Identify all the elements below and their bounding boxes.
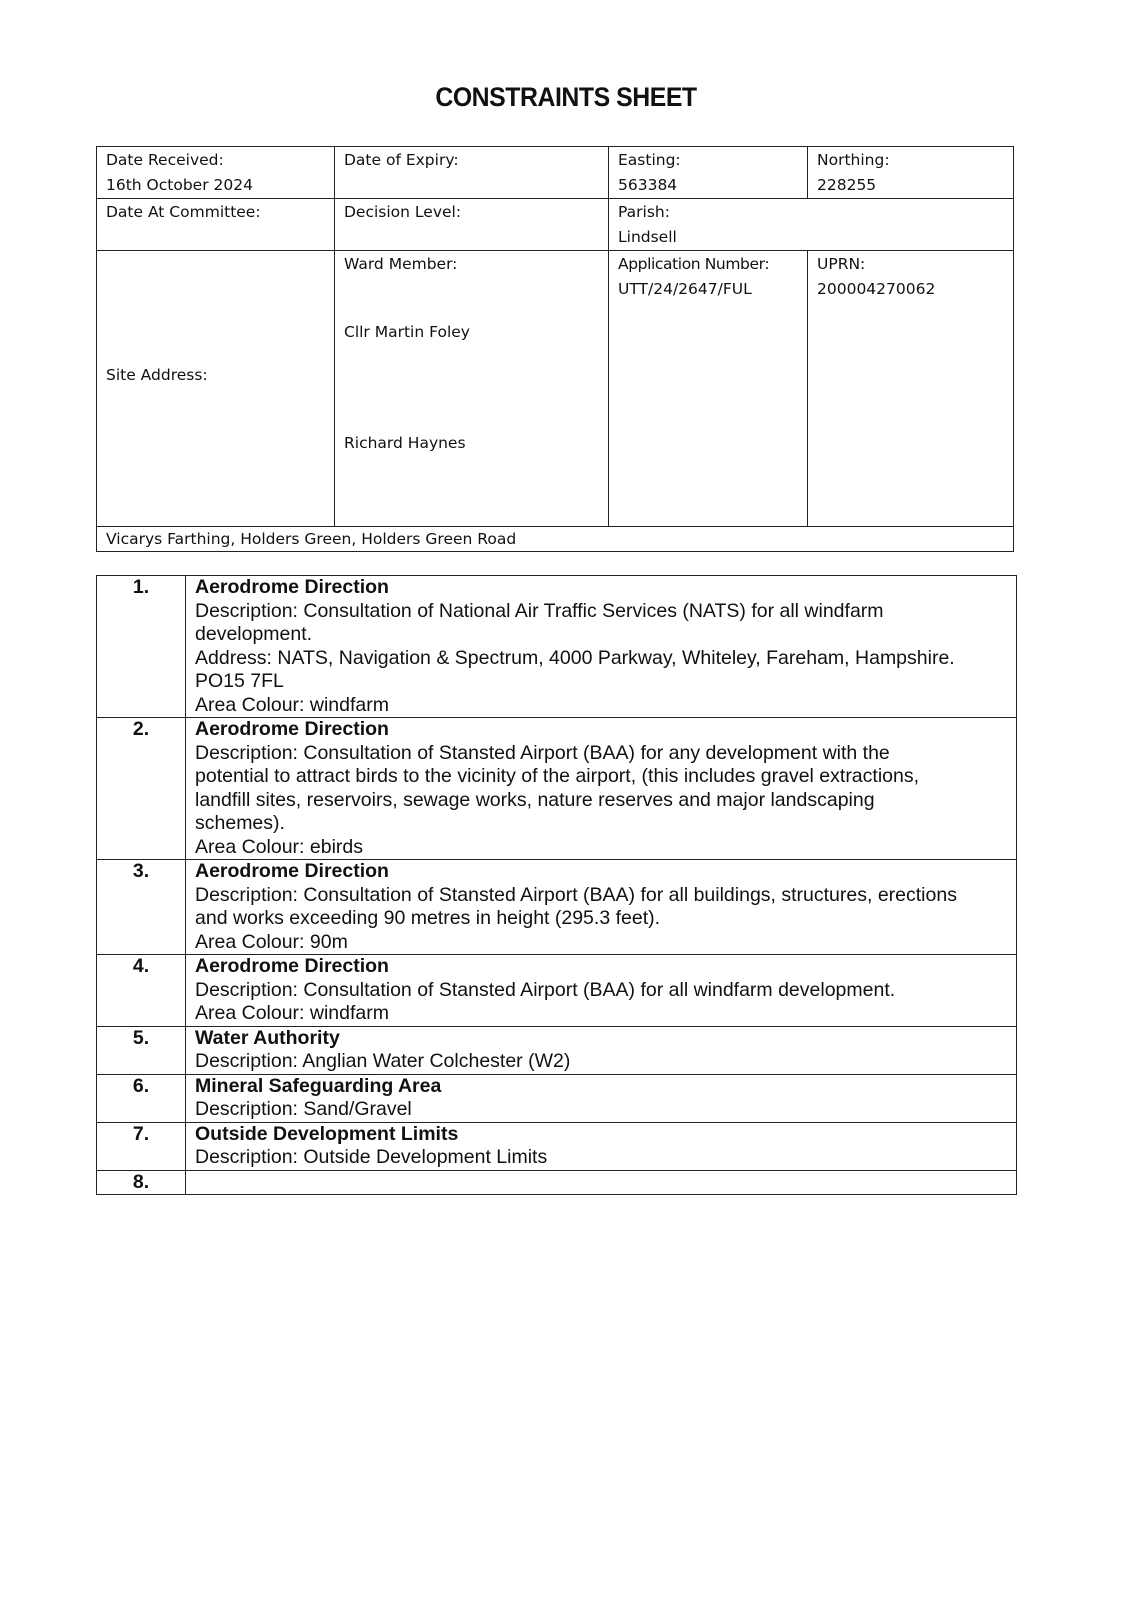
constraint-name: Water Authority — [195, 1027, 1007, 1051]
site-address-label-cell: Site Address: — [97, 251, 335, 527]
constraint-row: 4.Aerodrome DirectionDescription: Consul… — [97, 955, 1017, 1027]
constraint-details: Aerodrome DirectionDescription: Consulta… — [186, 718, 1017, 860]
constraint-detail-line: Description: Sand/Gravel — [195, 1098, 1007, 1122]
constraint-detail-line: development. — [195, 623, 1007, 647]
constraint-details — [186, 1170, 1017, 1195]
site-address-label: Site Address: — [106, 363, 325, 388]
application-number-cell: Application Number: UTT/24/2647/FUL — [609, 251, 808, 527]
constraint-name: Aerodrome Direction — [195, 718, 1007, 742]
constraints-table: 1.Aerodrome DirectionDescription: Consul… — [96, 575, 1017, 1195]
constraint-detail-line: potential to attract birds to the vicini… — [195, 765, 1007, 789]
constraint-row: 5.Water AuthorityDescription: Anglian Wa… — [97, 1026, 1017, 1074]
constraint-row: 2.Aerodrome DirectionDescription: Consul… — [97, 718, 1017, 860]
constraint-number: 4. — [97, 955, 186, 1027]
date-of-expiry-cell: Date of Expiry: — [335, 147, 609, 199]
constraint-details: Outside Development LimitsDescription: O… — [186, 1122, 1017, 1170]
constraint-detail-line: landfill sites, reservoirs, sewage works… — [195, 789, 1007, 813]
ward-member-cell: Ward Member: Cllr Martin Foley Richard H… — [335, 251, 609, 527]
constraint-details: Water AuthorityDescription: Anglian Wate… — [186, 1026, 1017, 1074]
constraint-row: 1.Aerodrome DirectionDescription: Consul… — [97, 576, 1017, 718]
ward-member-label: Ward Member: — [344, 252, 599, 277]
northing-label: Northing: — [817, 148, 1004, 173]
constraint-number: 8. — [97, 1170, 186, 1195]
constraint-row: 3.Aerodrome DirectionDescription: Consul… — [97, 860, 1017, 955]
constraint-name: Aerodrome Direction — [195, 576, 1007, 600]
easting-cell: Easting: 563384 — [609, 147, 808, 199]
constraint-name: Aerodrome Direction — [195, 860, 1007, 884]
constraint-number: 5. — [97, 1026, 186, 1074]
decision-level-label: Decision Level: — [344, 200, 599, 225]
uprn-value: 200004270062 — [817, 277, 1004, 302]
constraint-detail-line: Address: NATS, Navigation & Spectrum, 40… — [195, 647, 1007, 671]
constraint-detail-line: Description: Consultation of National Ai… — [195, 600, 1007, 624]
constraint-detail-line: Description: Consultation of Stansted Ai… — [195, 742, 1007, 766]
page-title: CONSTRAINTS SHEET — [45, 82, 1086, 113]
constraint-details: Aerodrome DirectionDescription: Consulta… — [186, 860, 1017, 955]
decision-level-cell: Decision Level: — [335, 199, 609, 251]
date-received-label: Date Received: — [106, 148, 325, 173]
constraint-row: 6.Mineral Safeguarding AreaDescription: … — [97, 1074, 1017, 1122]
constraints-list: 1.Aerodrome DirectionDescription: Consul… — [97, 576, 1017, 1195]
date-received-cell: Date Received: 16th October 2024 — [97, 147, 335, 199]
easting-value: 563384 — [618, 173, 798, 198]
case-officer-name: Richard Haynes — [344, 431, 599, 456]
application-info-table: Date Received: 16th October 2024 Date of… — [96, 146, 1014, 552]
constraint-details: Aerodrome DirectionDescription: Consulta… — [186, 955, 1017, 1027]
easting-label: Easting: — [618, 148, 798, 173]
constraint-detail-line: Description: Outside Development Limits — [195, 1146, 1007, 1170]
constraint-detail-line: Description: Consultation of Stansted Ai… — [195, 979, 1007, 1003]
site-address-value: Vicarys Farthing, Holders Green, Holders… — [106, 530, 516, 548]
constraint-detail-line: schemes). — [195, 812, 1007, 836]
constraint-number: 7. — [97, 1122, 186, 1170]
uprn-label: UPRN: — [817, 252, 1004, 277]
application-number-value: UTT/24/2647/FUL — [618, 277, 798, 302]
date-received-value: 16th October 2024 — [106, 173, 325, 198]
date-at-committee-cell: Date At Committee: — [97, 199, 335, 251]
northing-cell: Northing: 228255 — [808, 147, 1014, 199]
constraint-name: Outside Development Limits — [195, 1123, 1007, 1147]
constraint-number: 6. — [97, 1074, 186, 1122]
constraint-row: 7.Outside Development LimitsDescription:… — [97, 1122, 1017, 1170]
date-of-expiry-label: Date of Expiry: — [344, 148, 599, 173]
constraint-detail-line: Description: Anglian Water Colchester (W… — [195, 1050, 1007, 1074]
constraint-detail-line: Description: Consultation of Stansted Ai… — [195, 884, 1007, 908]
parish-value: Lindsell — [618, 225, 1004, 250]
application-number-label: Application Number: — [618, 252, 798, 277]
constraint-detail-line: Area Colour: windfarm — [195, 1002, 1007, 1026]
constraint-number: 1. — [97, 576, 186, 718]
constraint-row: 8. — [97, 1170, 1017, 1195]
constraint-name: Mineral Safeguarding Area — [195, 1075, 1007, 1099]
date-at-committee-label: Date At Committee: — [106, 200, 325, 225]
constraint-detail-line: Area Colour: windfarm — [195, 694, 1007, 718]
constraint-details: Aerodrome DirectionDescription: Consulta… — [186, 576, 1017, 718]
northing-value: 228255 — [817, 173, 1004, 198]
constraint-detail-line: Area Colour: ebirds — [195, 836, 1007, 860]
constraint-detail-line: and works exceeding 90 metres in height … — [195, 907, 1007, 931]
ward-member-councillor: Cllr Martin Foley — [344, 320, 599, 345]
site-address-value-cell: Vicarys Farthing, Holders Green, Holders… — [97, 527, 1014, 552]
constraint-number: 2. — [97, 718, 186, 860]
parish-cell: Parish: Lindsell — [609, 199, 1014, 251]
constraint-detail-line: PO15 7FL — [195, 670, 1007, 694]
constraint-name: Aerodrome Direction — [195, 955, 1007, 979]
constraint-details: Mineral Safeguarding AreaDescription: Sa… — [186, 1074, 1017, 1122]
constraint-number: 3. — [97, 860, 186, 955]
uprn-cell: UPRN: 200004270062 — [808, 251, 1014, 527]
constraint-detail-line: Area Colour: 90m — [195, 931, 1007, 955]
parish-label: Parish: — [618, 200, 1004, 225]
